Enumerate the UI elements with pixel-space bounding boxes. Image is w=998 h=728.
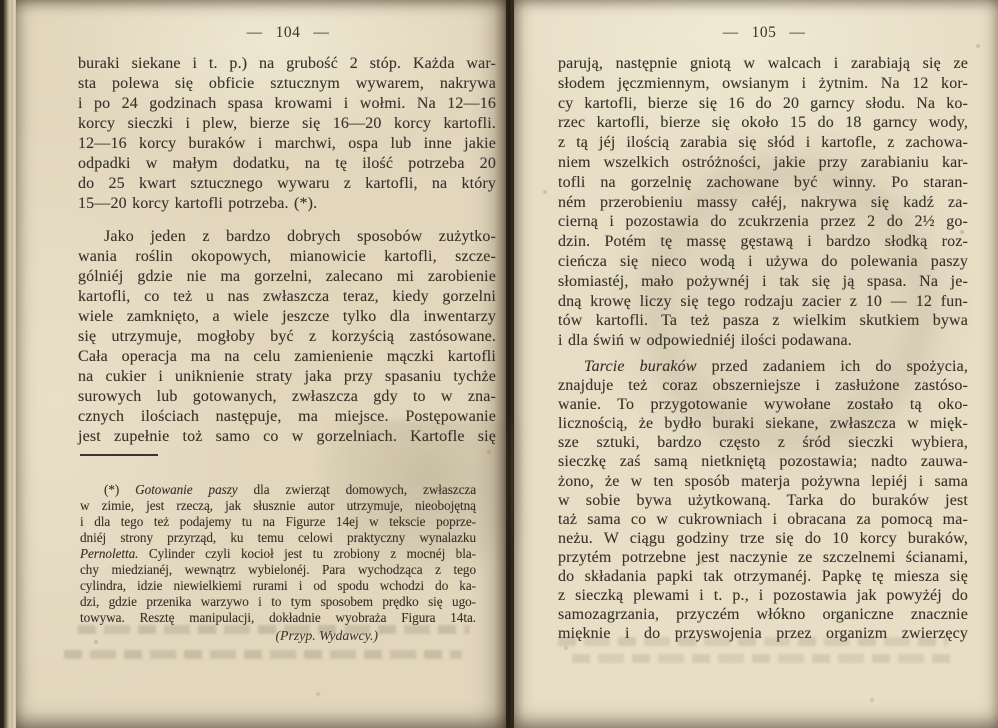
paragraph: buraki siekane i t. p.) na grubość 2 stó… bbox=[78, 54, 496, 214]
text-line: buraki siekane i t. p.) na grubość 2 stó… bbox=[78, 54, 496, 74]
text-line: sze sztuki, bardzo często z śród sieczki… bbox=[558, 433, 968, 452]
bleedthrough-text-line bbox=[64, 650, 462, 659]
text-line: Cała operacja ma na celu zamienienie mąc… bbox=[78, 347, 496, 367]
text-line: parują, następnie gniotą w walcach i zar… bbox=[558, 54, 968, 74]
text-line: dniéj strony przyrząd, ku temu celowi pr… bbox=[80, 530, 476, 546]
text-line: z sieczką plewami i t. p., i pozostawia … bbox=[558, 586, 968, 605]
text-line: neżu. W ciągu godziny trze się do 10 kor… bbox=[558, 529, 968, 548]
text-line: przytém potrzebne jest naczynie ze szcze… bbox=[558, 548, 968, 567]
text-line: dzi, gdzie przenika warzywo i to tym spo… bbox=[80, 594, 476, 610]
text-line: surowych lub gotowanych, zwłaszcza gdy t… bbox=[78, 387, 496, 407]
text-line: licznością, że bydło buraki siekane, zwł… bbox=[558, 414, 968, 433]
text-line: jest zupełnie toż samo co w gorzelniach.… bbox=[78, 427, 496, 447]
text-line: sieczkę zaś samą nietkniętą pozostawia; … bbox=[558, 452, 968, 471]
text-line: cierną i pozostawia do zcukrzenia przez … bbox=[558, 212, 968, 232]
text-line: w sobie bywa użytkowaną. Tarka do burakó… bbox=[558, 491, 968, 510]
text-line: znajduje też coraz obszerniejsze i zasłu… bbox=[558, 376, 968, 395]
text-line: i po 24 godzinach spasa krowami i wołmi.… bbox=[78, 94, 496, 114]
text-line: i dla tego też podajemy tu na Figurze 14… bbox=[80, 514, 476, 530]
page-right: —105— parują, następnie gniotą w walcach… bbox=[514, 0, 998, 728]
book-spread: —104— buraki siekane i t. p.) na grubość… bbox=[0, 0, 998, 728]
text-line: dzin. Potém tę massę gęstawą i bardzo sł… bbox=[558, 232, 968, 252]
text-line: taż sama co w cukrowniach i obracana za … bbox=[558, 510, 968, 529]
header-dash: — bbox=[723, 24, 739, 41]
text-line: Pernoletta. Cylinder czyli kocioł jest t… bbox=[80, 546, 476, 562]
paragraph: Tarcie buraków przed zadaniem ich do spo… bbox=[558, 357, 968, 643]
text-line: wanie. To przygotowanie wywołane zostało… bbox=[558, 395, 968, 414]
page-body-right: parują, następnie gniotą w walcach i zar… bbox=[558, 54, 968, 643]
text-line: chy miedzianéj, wewnątrz wybielonéj. Par… bbox=[80, 562, 476, 578]
header-dash: — bbox=[247, 24, 263, 41]
text-line: korcy sieczki i plew, bierze się 16—20 k… bbox=[78, 114, 496, 134]
text-line: tów kartofli. Ta też pasza z wielkim sku… bbox=[558, 311, 968, 331]
book-page-edges bbox=[0, 0, 16, 728]
text-line: słodem jęczmiennym, owsianym i żytnim. N… bbox=[558, 74, 968, 94]
footnote-separator bbox=[80, 454, 158, 456]
footnote: (*) Gotowanie paszy dla zwierząt domowyc… bbox=[80, 482, 476, 626]
text-line: się utrzymuje, mogłoby być z korzyścią z… bbox=[78, 327, 496, 347]
page-header-left: —104— bbox=[80, 24, 496, 42]
paragraph: Jako jeden z bardzo dobrych sposobów zuż… bbox=[78, 227, 496, 447]
page-number-left: 104 bbox=[276, 24, 301, 41]
text-line: Tarcie buraków przed zadaniem ich do spo… bbox=[558, 357, 968, 376]
text-line: rzec kartofli, bierze się około 15 do 18… bbox=[558, 113, 968, 133]
text-line: z tą jéj ilością zarabia się słód i kart… bbox=[558, 133, 968, 153]
page-left: —104— buraki siekane i t. p.) na grubość… bbox=[16, 0, 506, 728]
text-line: do 25 kwart sztucznego wywaru z kartofli… bbox=[78, 174, 496, 194]
text-line: 15—20 korcy kartofli potrzeba. (*). bbox=[78, 194, 496, 214]
text-line: w zimie, jest rzeczą, jak słusznie autor… bbox=[80, 498, 476, 514]
text-line: cy kartofli, bierze się 16 do 20 garncy … bbox=[558, 94, 968, 114]
text-line: gólniéj gdzie nie ma gorzelni, zalecano … bbox=[78, 267, 496, 287]
page-number-right: 105 bbox=[752, 24, 777, 41]
text-line: odpadki w małym dodatku, na tę ilość pot… bbox=[78, 154, 496, 174]
text-line: do składania papki tak otrzymanéj. Papkę… bbox=[558, 567, 968, 586]
text-line: sta polewa się obficie sztucznym wywarem… bbox=[78, 74, 496, 94]
text-line: cylindra, idzie niewielkiemi rurami i od… bbox=[80, 578, 476, 594]
text-line: cieńcza się nieco wodą i używa do polewa… bbox=[558, 252, 968, 272]
text-line: tofli na gorzelnię zachowane być winny. … bbox=[558, 173, 968, 193]
text-line: mięknie i do przyswojenia przez organizm… bbox=[558, 624, 968, 643]
text-line: cznych ilościach następuje, ma miejsce. … bbox=[78, 407, 496, 427]
footnote-signature: (Przyp. Wydawcy.) bbox=[80, 628, 496, 644]
text-line: samozagrzania, przyczém włókno organiczn… bbox=[558, 605, 968, 624]
text-line: 12—16 korcy buraków i marchwi, ospa lub … bbox=[78, 134, 496, 154]
bleedthrough-text-line bbox=[572, 654, 958, 663]
text-line: wania roślin okopowych, mianowicie karto… bbox=[78, 247, 496, 267]
text-line: Jako jeden z bardzo dobrych sposobów zuż… bbox=[78, 227, 496, 247]
text-line: niem wszelkich ostróżności, jakie przy z… bbox=[558, 153, 968, 173]
paragraph: (*) Gotowanie paszy dla zwierząt domowyc… bbox=[80, 482, 476, 626]
text-line: i dla świń w odpowiedniéj ilości podawan… bbox=[558, 331, 968, 351]
header-dash: — bbox=[313, 24, 329, 41]
text-line: ném przerobieniu massy całéj, nakrywa si… bbox=[558, 193, 968, 213]
text-line: na cukier i uniknienie straty jaka przy … bbox=[78, 367, 496, 387]
text-line: słomiastéj, mało pożywnéj i tak się ją s… bbox=[558, 272, 968, 292]
text-line: kartofli, co też u nas zwłaszcza teraz, … bbox=[78, 287, 496, 307]
paragraph: parują, następnie gniotą w walcach i zar… bbox=[558, 54, 968, 351]
text-line: wiele zamknięto, a wiele jeszcze tylko d… bbox=[78, 307, 496, 327]
text-line: dną krowę liczy się tego rodzaju zacier … bbox=[558, 292, 968, 312]
text-line: towywa. Resztę manipulacji, dokładnie wy… bbox=[80, 610, 476, 626]
page-header-right: —105— bbox=[560, 24, 968, 42]
page-body-left: buraki siekane i t. p.) na grubość 2 stó… bbox=[78, 54, 496, 447]
text-line: żono, że w ten sposób materja pożywna le… bbox=[558, 472, 968, 491]
text-line: (*) Gotowanie paszy dla zwierząt domowyc… bbox=[80, 482, 476, 498]
header-dash: — bbox=[789, 24, 805, 41]
